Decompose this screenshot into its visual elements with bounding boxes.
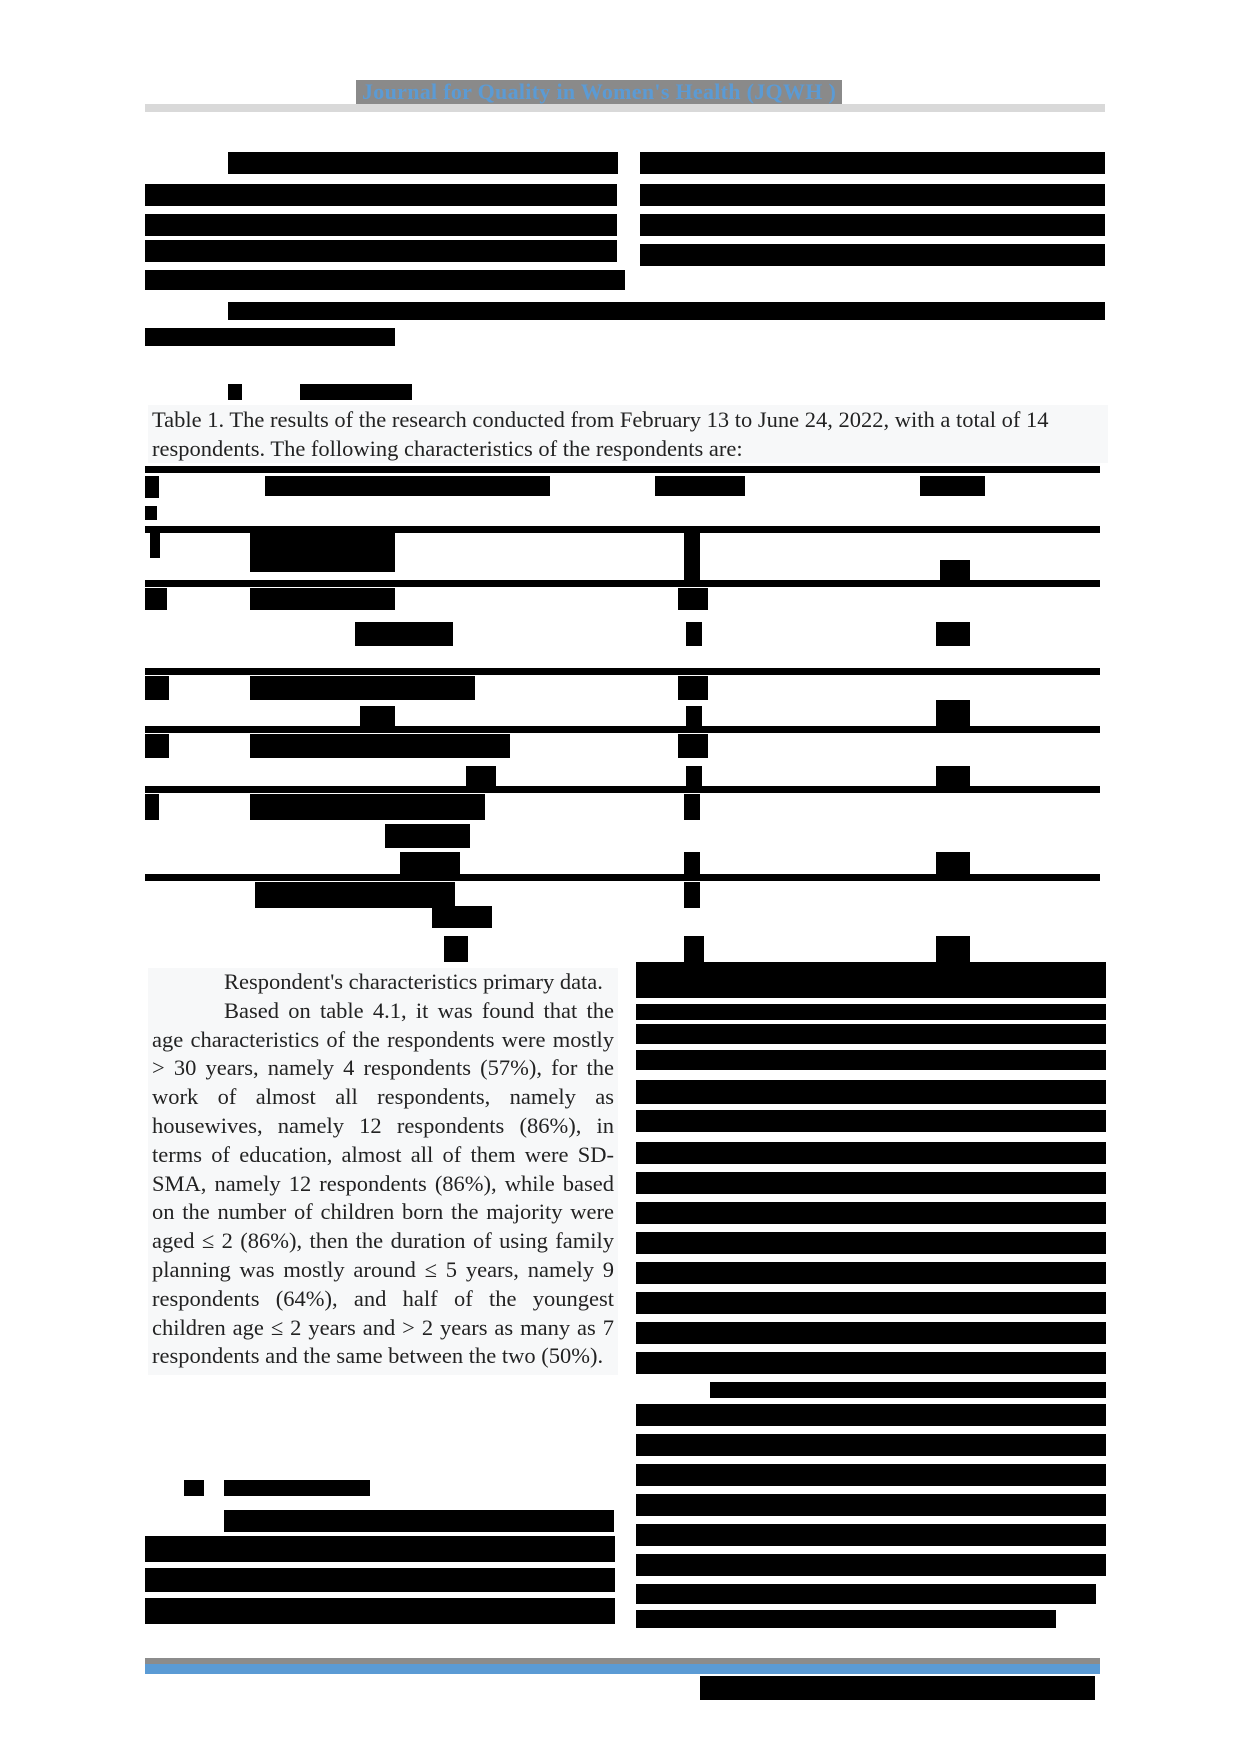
- footer-blue-bar: [145, 1664, 1100, 1674]
- results-paragraph-block: Respondent's characteristics primary dat…: [148, 968, 618, 1375]
- table-source-note: Respondent's characteristics primary dat…: [152, 968, 614, 997]
- table-caption: Table 1. The results of the research con…: [148, 405, 1108, 463]
- header-divider-bar: [145, 104, 1105, 112]
- redacted-footer-text: [700, 1676, 1095, 1700]
- results-summary-paragraph: Based on table 4.1, it was found that th…: [152, 997, 614, 1371]
- journal-header-title: Journal for Quality in Women's Health (J…: [356, 80, 842, 104]
